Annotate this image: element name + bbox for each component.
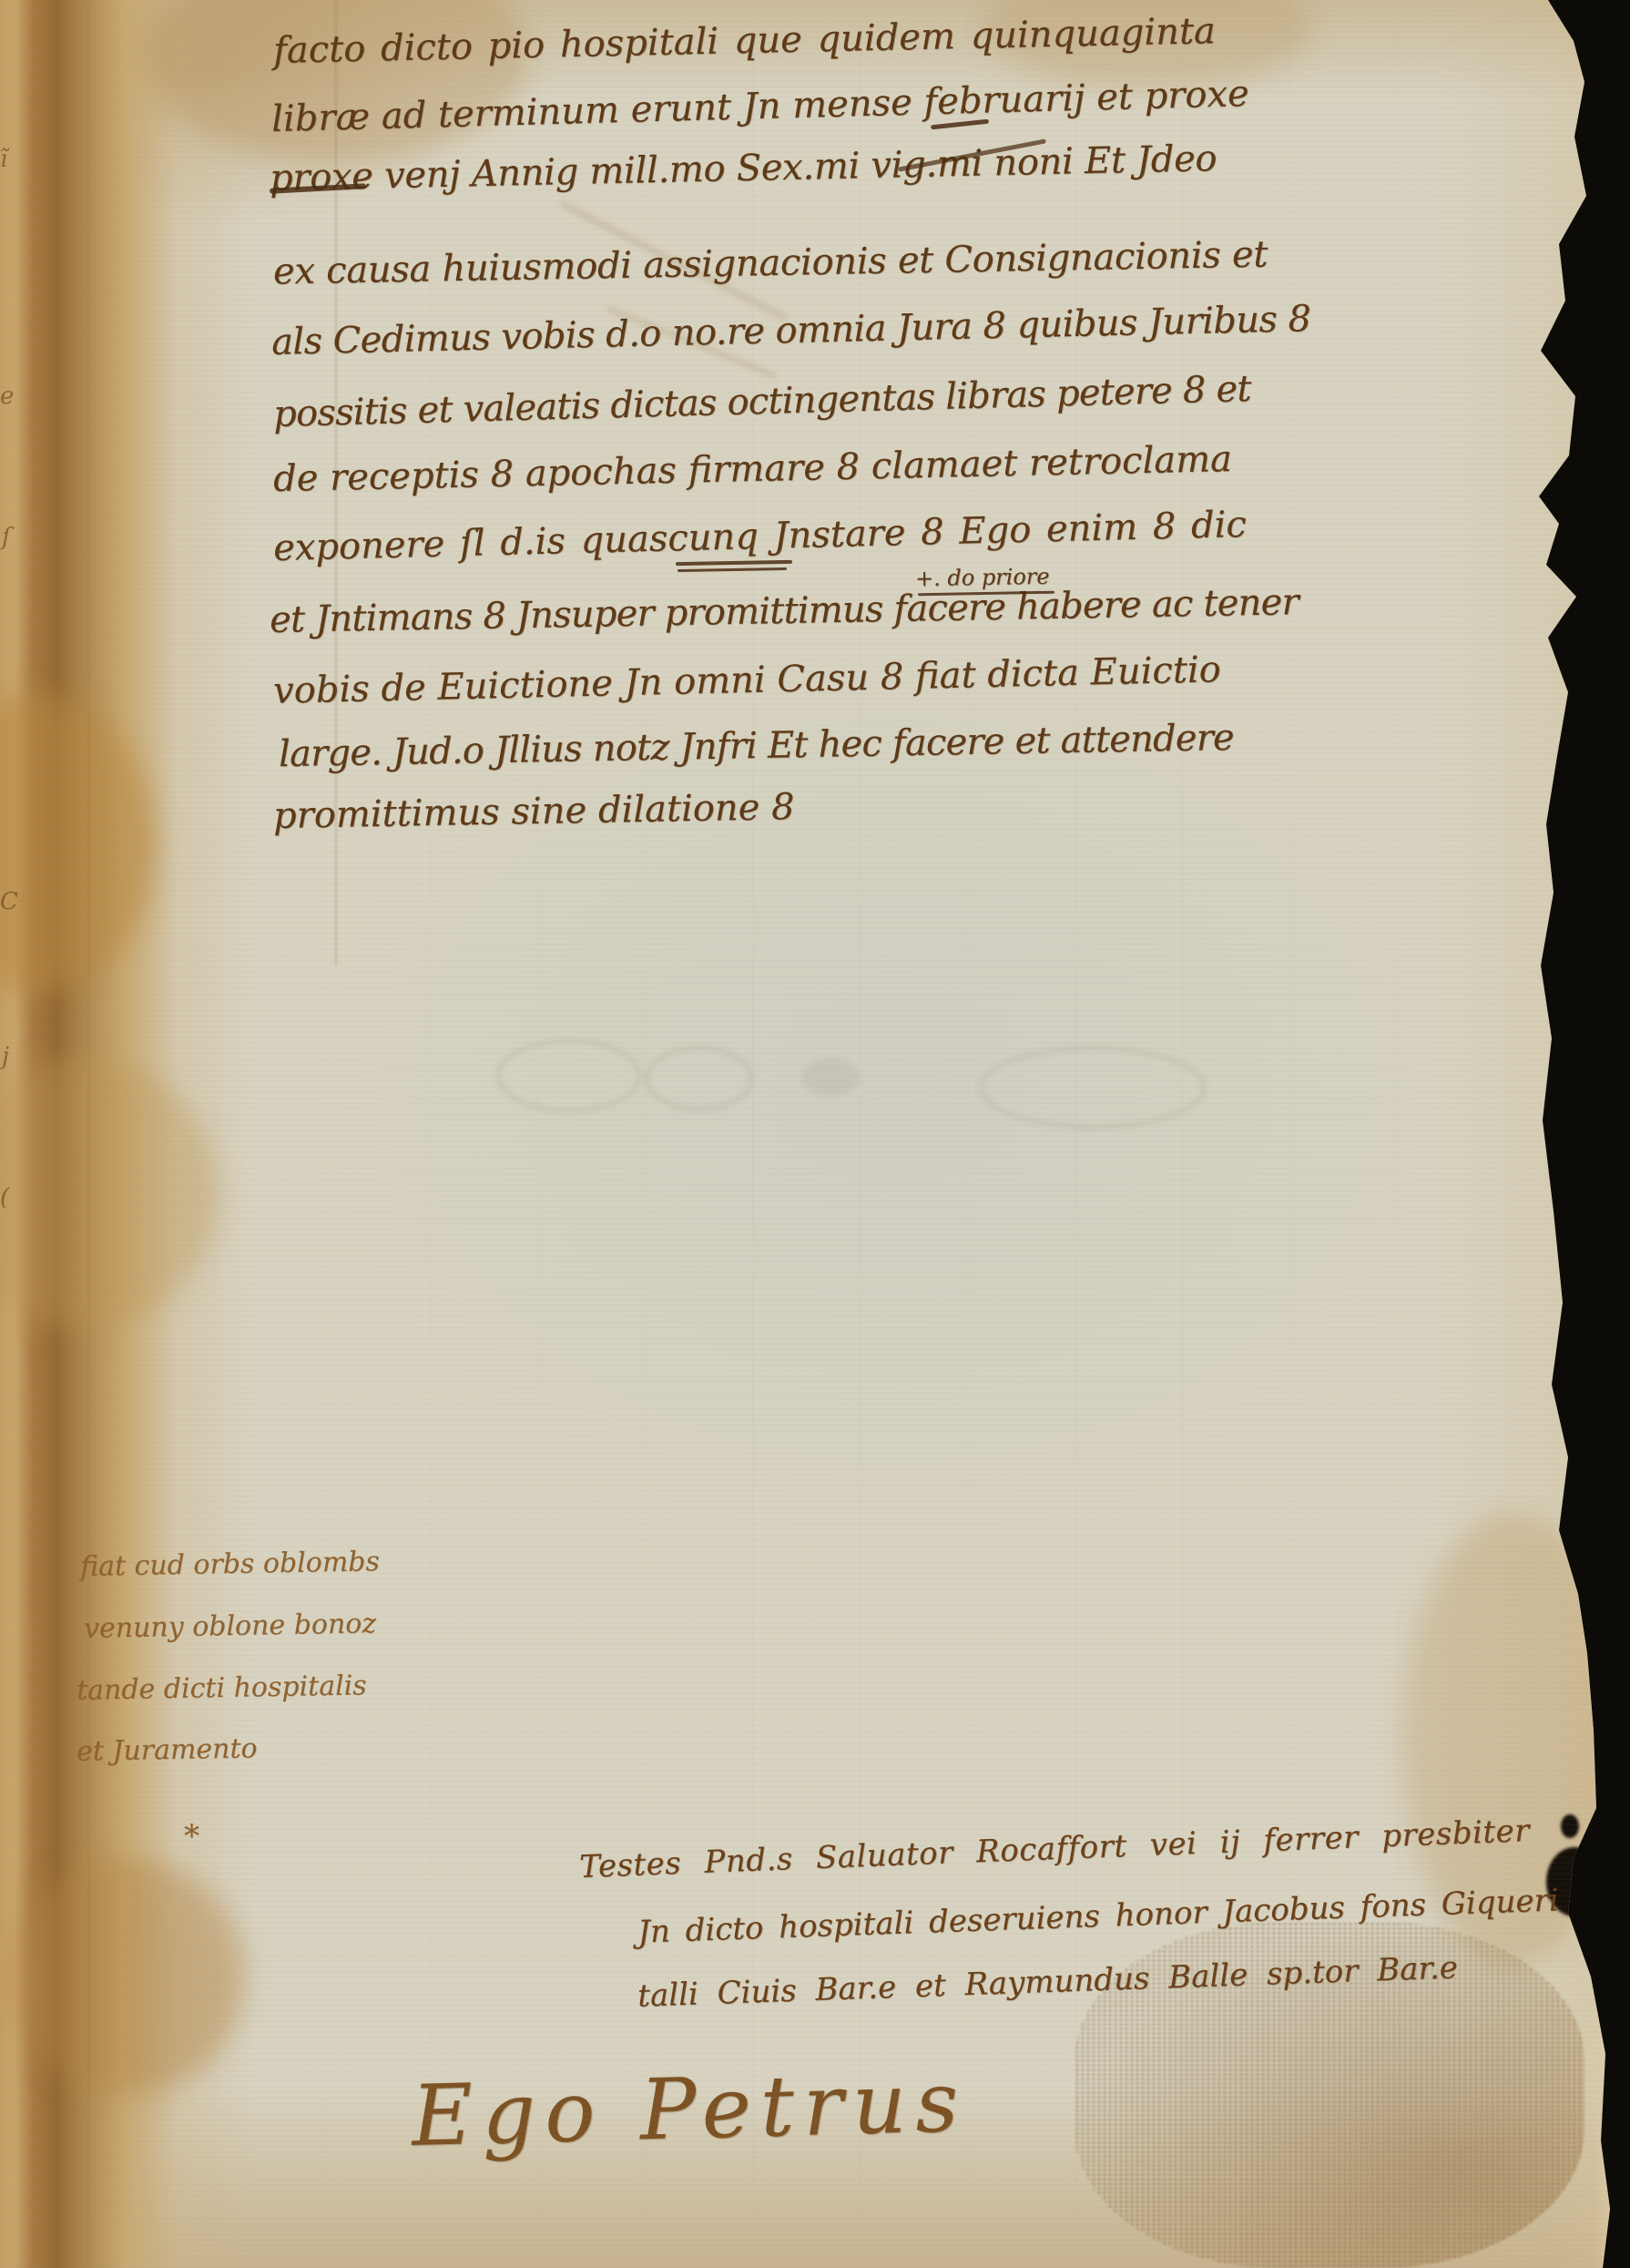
interlinear-note: +. do priore bbox=[915, 564, 1050, 592]
margin-note-line-2: venuny oblone bonoz bbox=[84, 1608, 377, 1645]
watermark-ghost bbox=[801, 1058, 860, 1097]
notary-signature: Ego Petrus bbox=[411, 2053, 969, 2165]
main-text-line-9: et Jntimans 8 Jnsuper promittimus facere… bbox=[270, 581, 1299, 641]
gutter-ink-fragment: ſ bbox=[2, 524, 11, 551]
gutter-ink-fragment: ( bbox=[0, 1184, 9, 1211]
watermark-ghost bbox=[496, 1038, 642, 1113]
main-text-line-8: exponere ſl d.is quascunq Jnstare 8 Ego … bbox=[273, 504, 1248, 569]
margin-note-line-3: tande dicti hospitalis bbox=[76, 1670, 367, 1707]
watermark-ghost bbox=[979, 1046, 1207, 1129]
watermark-ghost bbox=[645, 1046, 754, 1111]
underline-mark bbox=[677, 567, 787, 572]
underline-mark bbox=[676, 560, 792, 566]
stain bbox=[9, 1858, 246, 2095]
ink-blot bbox=[1561, 1814, 1579, 1838]
gutter-fold-line bbox=[87, 0, 90, 2268]
main-text-line-6: possitis et valeatis dictas octingentas … bbox=[273, 368, 1252, 435]
gutter-ink-fragment: C bbox=[0, 888, 18, 915]
main-text-line-4: ex causa huiusmodi assignacionis et Cons… bbox=[273, 233, 1268, 292]
main-text-line-11: large. Jud.o Jllius notz Jnfri Et hec fa… bbox=[279, 717, 1235, 775]
witness-line-1: Testes Pnd.s Saluator Rocaffort vei ij f… bbox=[579, 1813, 1531, 1885]
gutter-ink-fragment: j bbox=[2, 1043, 9, 1070]
manuscript-page: ĩ e ſ C j ( facto dicto pio hospitali qu… bbox=[0, 0, 1630, 2268]
margin-mark: * bbox=[184, 1818, 199, 1854]
main-text-line-10: vobis de Euictione Jn omni Casu 8 fiat d… bbox=[273, 649, 1222, 712]
margin-note-line-1: fiat cud orbs oblombs bbox=[80, 1546, 380, 1583]
margin-note-line-4: et Juramento bbox=[76, 1732, 258, 1767]
main-text-line-5: als Cedimus vobis d.o no.re omnia Jura 8… bbox=[271, 298, 1311, 363]
main-text-line-12: promittimus sine dilatione 8 bbox=[273, 786, 795, 837]
main-text-line-7: de receptis 8 apochas firmare 8 clamaet … bbox=[273, 438, 1233, 500]
manuscript-photo: ĩ e ſ C j ( facto dicto pio hospitali qu… bbox=[0, 0, 1630, 2268]
gutter-ink-fragment: e bbox=[0, 383, 14, 410]
gutter-ink-fragment: ĩ bbox=[0, 146, 7, 173]
